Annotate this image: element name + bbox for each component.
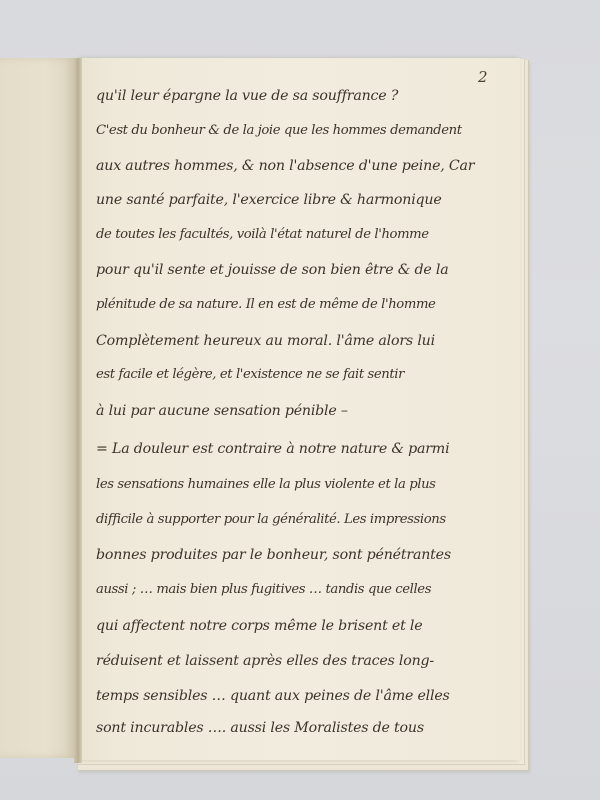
manuscript-line: plénitude de sa nature. Il en est de mêm… [96, 295, 514, 315]
manuscript-photo: 2 qu'il leur épargne la vue de sa souffr… [0, 0, 600, 800]
manuscript-line: pour qu'il sente et jouisse de son bien … [96, 260, 514, 280]
manuscript-line: qu'il leur épargne la vue de sa souffran… [96, 86, 514, 106]
book-gutter [74, 58, 82, 763]
manuscript-line: difficile à supporter pour la généralité… [96, 510, 514, 530]
manuscript-line: = La douleur est contraire à notre natur… [96, 439, 514, 459]
manuscript-line: les sensations humaines elle la plus vio… [96, 475, 514, 495]
manuscript-line: réduisent et laissent après elles des tr… [96, 651, 514, 671]
manuscript-line: est facile et légère, et l'existence ne … [96, 365, 514, 385]
manuscript-line: sont incurables …. aussi les Moralistes … [96, 718, 514, 738]
manuscript-line: une santé parfaite, l'exercice libre & h… [96, 190, 514, 210]
manuscript-line: C'est du bonheur & de la joie que les ho… [96, 121, 514, 141]
manuscript-line: qui affectent notre corps même le brisen… [96, 616, 514, 636]
manuscript-line: à lui par aucune sensation pénible – [96, 401, 514, 421]
facing-left-page [0, 58, 76, 758]
manuscript-line: aux autres hommes, & non l'absence d'une… [96, 156, 514, 176]
manuscript-line: bonnes produites par le bonheur, sont pé… [96, 545, 514, 565]
manuscript-line: temps sensibles … quant aux peines de l'… [96, 686, 514, 706]
manuscript-line: aussi ; … mais bien plus fugitives … tan… [96, 580, 514, 600]
manuscript-line: de toutes les facultés, voilà l'état nat… [96, 225, 514, 245]
page-number: 2 [478, 68, 488, 86]
manuscript-line: Complètement heureux au moral. l'âme alo… [96, 331, 514, 351]
